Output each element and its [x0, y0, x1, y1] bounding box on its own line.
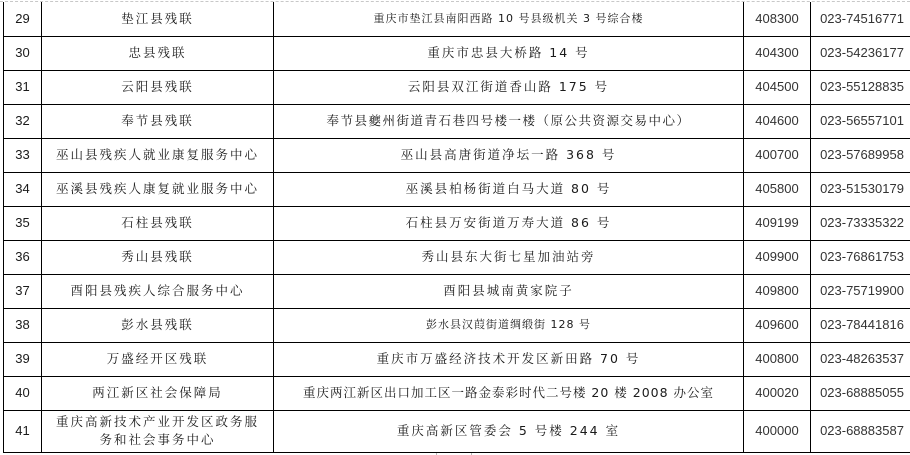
- phone-number: 023-51530179: [811, 172, 910, 206]
- table-row: 36 秀山县残联 秀山县东大街七星加油站旁 409900 023-7686175…: [4, 240, 910, 274]
- address: 酉阳县城南黄家院子: [274, 274, 744, 308]
- row-number: 30: [4, 36, 42, 70]
- address: 重庆市忠县大桥路 14 号: [274, 36, 744, 70]
- postal-code: 409600: [744, 308, 811, 342]
- phone-number: 023-56557101: [811, 104, 910, 138]
- organization-name: 万盛经开区残联: [42, 342, 274, 376]
- organization-name: 石柱县残联: [42, 206, 274, 240]
- organization-name: 重庆高新技术产业开发区政务服务和社会事务中心: [42, 410, 274, 452]
- postal-code: 408300: [744, 2, 811, 36]
- postal-code: 400020: [744, 376, 811, 410]
- row-number: 38: [4, 308, 42, 342]
- disability-federation-contact-table: 29 垫江县残联 重庆市垫江县南阳西路 10 号县级机关 3 号综合楼 4083…: [3, 2, 910, 453]
- postal-code: 404300: [744, 36, 811, 70]
- address: 重庆市垫江县南阳西路 10 号县级机关 3 号综合楼: [274, 2, 744, 36]
- row-number: 40: [4, 376, 42, 410]
- phone-number: 023-73335322: [811, 206, 910, 240]
- table-row: 33 巫山县残疾人就业康复服务中心 巫山县高唐街道净坛一路 368 号 4007…: [4, 138, 910, 172]
- organization-name: 彭水县残联: [42, 308, 274, 342]
- phone-number: 023-75719900: [811, 274, 910, 308]
- postal-code: 405800: [744, 172, 811, 206]
- address: 重庆高新区管委会 5 号楼 244 室: [274, 410, 744, 452]
- postal-code: 404500: [744, 70, 811, 104]
- row-number: 35: [4, 206, 42, 240]
- address: 重庆市万盛经济技术开发区新田路 70 号: [274, 342, 744, 376]
- address: 重庆两江新区出口加工区一路金泰彩时代二号楼 20 楼 2008 办公室: [274, 376, 744, 410]
- address: 彭水县汉葭街道绸缎街 128 号: [274, 308, 744, 342]
- organization-name: 云阳县残联: [42, 70, 274, 104]
- row-number: 41: [4, 410, 42, 452]
- table-row: 40 两江新区社会保障局 重庆两江新区出口加工区一路金泰彩时代二号楼 20 楼 …: [4, 376, 910, 410]
- row-number: 37: [4, 274, 42, 308]
- address: 巫溪县柏杨街道白马大道 80 号: [274, 172, 744, 206]
- phone-number: 023-48263537: [811, 342, 910, 376]
- row-number: 34: [4, 172, 42, 206]
- postal-code: 409800: [744, 274, 811, 308]
- organization-name: 两江新区社会保障局: [42, 376, 274, 410]
- postal-code: 409900: [744, 240, 811, 274]
- table-row: 35 石柱县残联 石柱县万安街道万寿大道 86 号 409199 023-733…: [4, 206, 910, 240]
- organization-name: 巫溪县残疾人康复就业服务中心: [42, 172, 274, 206]
- address: 奉节县夔州街道青石巷四号楼一楼（原公共资源交易中心）: [274, 104, 744, 138]
- address: 石柱县万安街道万寿大道 86 号: [274, 206, 744, 240]
- postal-code: 400800: [744, 342, 811, 376]
- phone-number: 023-54236177: [811, 36, 910, 70]
- organization-name: 奉节县残联: [42, 104, 274, 138]
- phone-number: 023-68885055: [811, 376, 910, 410]
- table-row: 34 巫溪县残疾人康复就业服务中心 巫溪县柏杨街道白马大道 80 号 40580…: [4, 172, 910, 206]
- phone-number: 023-68883587: [811, 410, 910, 452]
- postal-code: 404600: [744, 104, 811, 138]
- table-row: 31 云阳县残联 云阳县双江街道香山路 175 号 404500 023-551…: [4, 70, 910, 104]
- row-number: 33: [4, 138, 42, 172]
- organization-name: 垫江县残联: [42, 2, 274, 36]
- row-number: 29: [4, 2, 42, 36]
- phone-number: 023-76861753: [811, 240, 910, 274]
- table-row: 41 重庆高新技术产业开发区政务服务和社会事务中心 重庆高新区管委会 5 号楼 …: [4, 410, 910, 452]
- phone-number: 023-55128835: [811, 70, 910, 104]
- row-number: 32: [4, 104, 42, 138]
- table-row: 38 彭水县残联 彭水县汉葭街道绸缎街 128 号 409600 023-784…: [4, 308, 910, 342]
- row-number: 36: [4, 240, 42, 274]
- organization-name: 巫山县残疾人就业康复服务中心: [42, 138, 274, 172]
- postal-code: 400000: [744, 410, 811, 452]
- row-number: 39: [4, 342, 42, 376]
- postal-code: 400700: [744, 138, 811, 172]
- phone-number: 023-57689958: [811, 138, 910, 172]
- table-row: 29 垫江县残联 重庆市垫江县南阳西路 10 号县级机关 3 号综合楼 4083…: [4, 2, 910, 36]
- table-row: 30 忠县残联 重庆市忠县大桥路 14 号 404300 023-5423617…: [4, 36, 910, 70]
- postal-code: 409199: [744, 206, 811, 240]
- row-number: 31: [4, 70, 42, 104]
- table-row: 37 酉阳县残疾人综合服务中心 酉阳县城南黄家院子 409800 023-757…: [4, 274, 910, 308]
- organization-name: 忠县残联: [42, 36, 274, 70]
- phone-number: 023-74516771: [811, 2, 910, 36]
- organization-name: 秀山县残联: [42, 240, 274, 274]
- table-row: 39 万盛经开区残联 重庆市万盛经济技术开发区新田路 70 号 400800 0…: [4, 342, 910, 376]
- address: 秀山县东大街七星加油站旁: [274, 240, 744, 274]
- address: 巫山县高唐街道净坛一路 368 号: [274, 138, 744, 172]
- address: 云阳县双江街道香山路 175 号: [274, 70, 744, 104]
- phone-number: 023-78441816: [811, 308, 910, 342]
- table-row: 32 奉节县残联 奉节县夔州街道青石巷四号楼一楼（原公共资源交易中心） 4046…: [4, 104, 910, 138]
- organization-name: 酉阳县残疾人综合服务中心: [42, 274, 274, 308]
